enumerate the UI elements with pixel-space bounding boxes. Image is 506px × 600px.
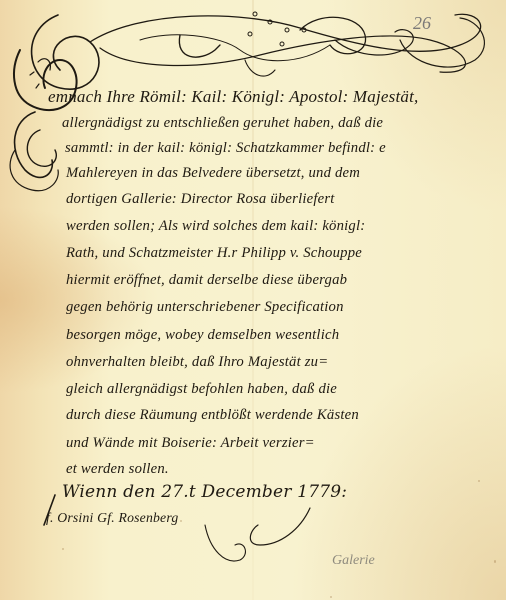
manuscript-line-8: hiermit eröffnet, damit derselbe diese ü… bbox=[66, 273, 347, 288]
manuscript-line-4: Mahlereyen in das Belvedere übersetzt, u… bbox=[66, 166, 360, 181]
foxing-speck bbox=[478, 480, 480, 482]
dateline: Wienn den 27.t December 1779: bbox=[62, 484, 347, 501]
manuscript-line-9: gegen behörig unterschriebener Specifica… bbox=[66, 300, 344, 315]
folio-number: 26 bbox=[413, 13, 431, 34]
foxing-speck bbox=[180, 520, 182, 522]
manuscript-line-3: sammtl: in der kail: königl: Schatzkamme… bbox=[65, 141, 386, 156]
manuscript-line-14: und Wände mit Boiserie: Arbeit verzier= bbox=[66, 436, 315, 451]
manuscript-line-5: dortigen Gallerie: Director Rosa überlie… bbox=[66, 192, 335, 207]
signature: f. Orsini Gf. Rosenberg bbox=[46, 512, 178, 526]
manuscript-line-10: besorgen möge, wobey demselben wesentlic… bbox=[66, 328, 339, 343]
manuscript-line-7: Rath, und Schatzmeister H.r Philipp v. S… bbox=[66, 246, 362, 261]
foxing-speck bbox=[62, 548, 64, 550]
manuscript-line-13: durch diese Räumung entblößt werdende Kä… bbox=[66, 408, 359, 423]
manuscript-line-1: emnach Ihre Römil: Kail: Königl: Apostol… bbox=[48, 88, 418, 105]
manuscript-line-15: et werden sollen. bbox=[66, 462, 169, 477]
manuscript-line-12: gleich allergnädigst befohlen haben, daß… bbox=[66, 382, 337, 397]
manuscript-line-11: ohnverhalten bleibt, daß Ihro Majestät z… bbox=[66, 355, 328, 370]
pencil-annotation: Galerie bbox=[332, 553, 375, 569]
foxing-speck bbox=[494, 560, 496, 563]
manuscript-line-2: allergnädigst zu entschließen geruhet ha… bbox=[62, 116, 383, 131]
manuscript-line-6: werden sollen; Als wird solches dem kail… bbox=[66, 219, 365, 234]
foxing-speck bbox=[330, 596, 332, 598]
